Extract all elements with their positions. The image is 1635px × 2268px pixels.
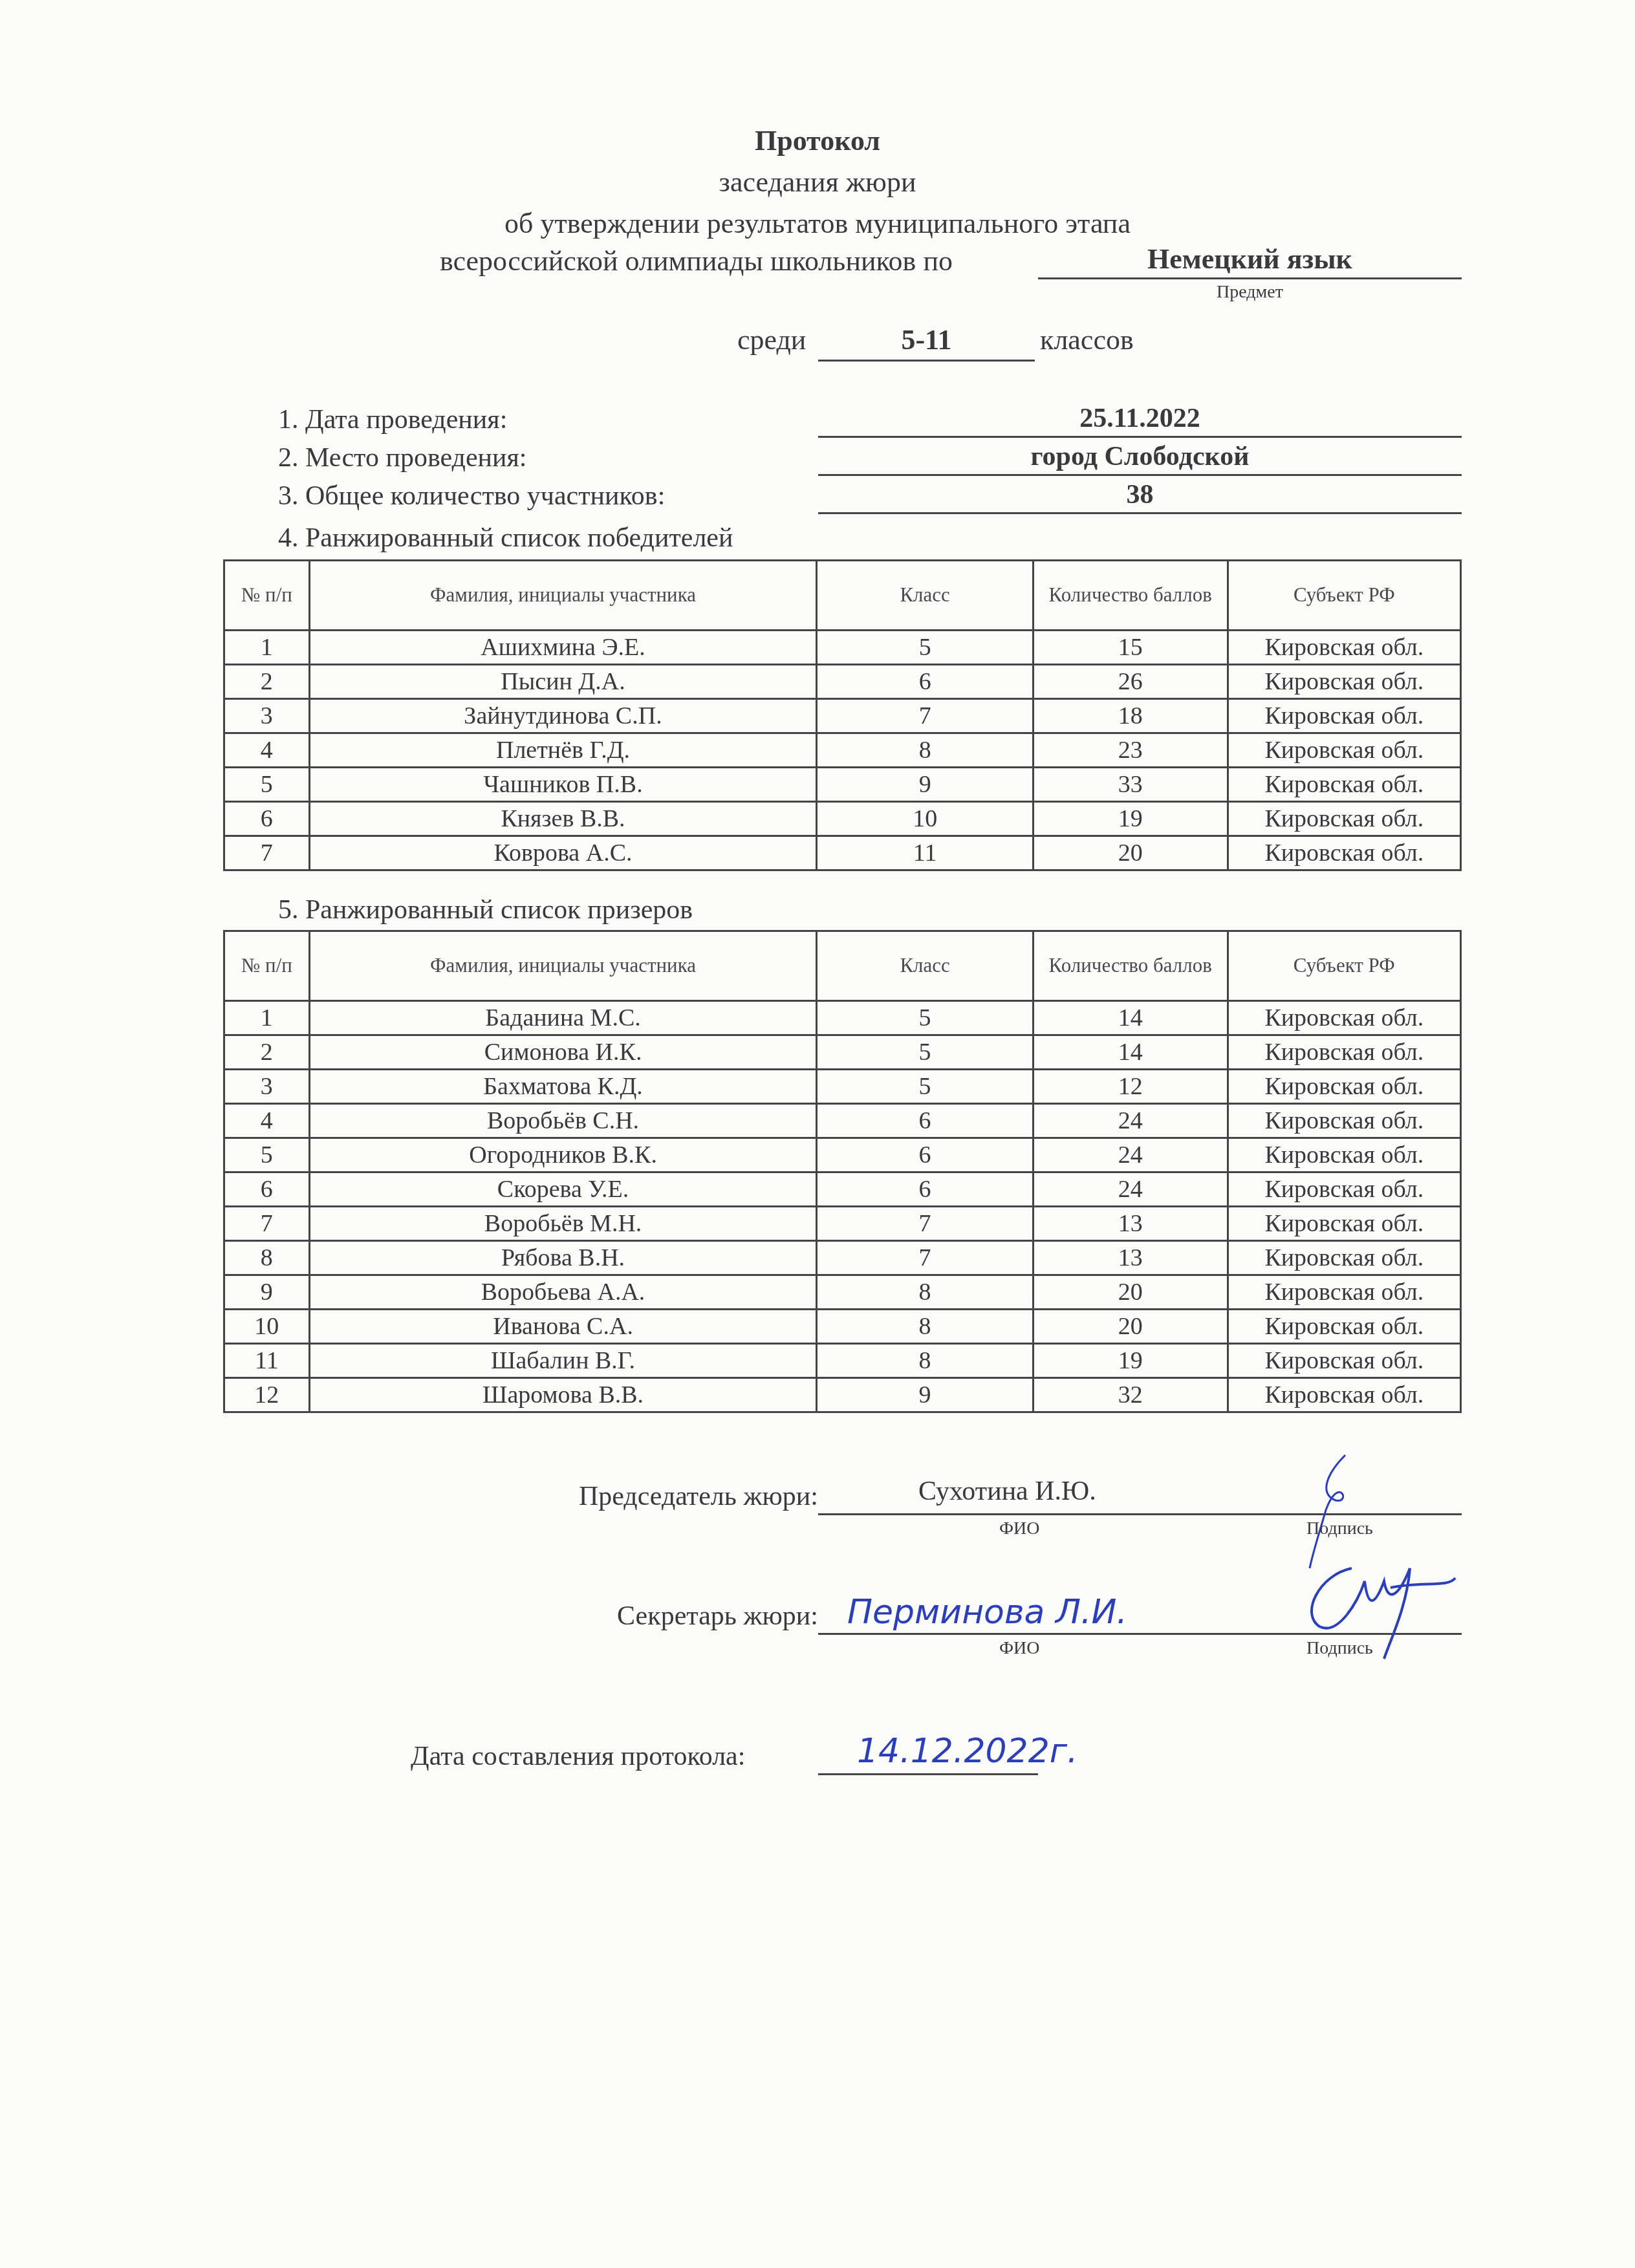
winners-heading: 4. Ранжированный список победителей bbox=[278, 523, 733, 554]
cell-name: Чашников П.В. bbox=[309, 768, 817, 802]
cell-score: 26 bbox=[1033, 665, 1228, 699]
cell-name: Огородников В.К. bbox=[309, 1138, 817, 1172]
cell-region: Кировская обл. bbox=[1228, 768, 1460, 802]
cell-grade: 8 bbox=[817, 1344, 1033, 1378]
subject-field: Немецкий язык Предмет bbox=[1038, 241, 1462, 280]
cell-region: Кировская обл. bbox=[1228, 665, 1460, 699]
cell-number: 10 bbox=[224, 1310, 310, 1344]
cell-grade: 11 bbox=[817, 836, 1033, 870]
table-row: 7Коврова А.С.1120Кировская обл. bbox=[224, 836, 1461, 870]
cell-grade: 6 bbox=[817, 665, 1033, 699]
subject-value: Немецкий язык bbox=[1038, 241, 1462, 279]
secretary-label: Секретарь жюри: bbox=[404, 1601, 818, 1632]
cell-number: 4 bbox=[224, 733, 310, 768]
cell-name: Шаромова В.В. bbox=[309, 1378, 817, 1412]
cell-score: 15 bbox=[1033, 631, 1228, 665]
table-row: 6Князев В.В.1019Кировская обл. bbox=[224, 802, 1461, 836]
grades-prefix: среди bbox=[737, 323, 806, 356]
table-row: 6Скорева У.Е.624Кировская обл. bbox=[224, 1172, 1461, 1207]
cell-name: Зайнутдинова С.П. bbox=[309, 699, 817, 733]
col-grade: Класс bbox=[817, 561, 1033, 631]
table-header-row: № п/п Фамилия, инициалы участника Класс … bbox=[224, 931, 1461, 1001]
protocol-date-label: Дата составления протокола: bbox=[411, 1741, 745, 1772]
cell-score: 14 bbox=[1033, 1001, 1228, 1035]
field-label-place: 2. Место проведения: bbox=[278, 442, 527, 473]
cell-name: Баданина М.С. bbox=[309, 1001, 817, 1035]
chair-line: Сухотина И.Ю. bbox=[818, 1474, 1462, 1515]
cell-name: Рябова В.Н. bbox=[309, 1241, 817, 1275]
cell-score: 13 bbox=[1033, 1207, 1228, 1241]
table-row: 4Воробьёв С.Н.624Кировская обл. bbox=[224, 1104, 1461, 1138]
cell-grade: 9 bbox=[817, 768, 1033, 802]
cell-grade: 8 bbox=[817, 1310, 1033, 1344]
cell-score: 24 bbox=[1033, 1104, 1228, 1138]
cell-name: Ашихмина Э.Е. bbox=[309, 631, 817, 665]
table-row: 3Бахматова К.Д.512Кировская обл. bbox=[224, 1070, 1461, 1104]
cell-number: 6 bbox=[224, 1172, 310, 1207]
col-number: № п/п bbox=[224, 561, 310, 631]
cell-name: Воробьева А.А. bbox=[309, 1275, 817, 1310]
cell-score: 20 bbox=[1033, 1275, 1228, 1310]
cell-number: 2 bbox=[224, 1035, 310, 1070]
cell-number: 3 bbox=[224, 1070, 310, 1104]
cell-region: Кировская обл. bbox=[1228, 1035, 1460, 1070]
chair-fio-caption: ФИО bbox=[999, 1518, 1040, 1539]
chair-signature-caption: Подпись bbox=[1306, 1518, 1373, 1539]
table-row: 10Иванова С.А.820Кировская обл. bbox=[224, 1310, 1461, 1344]
cell-region: Кировская обл. bbox=[1228, 1172, 1460, 1207]
table-row: 1Ашихмина Э.Е.515Кировская обл. bbox=[224, 631, 1461, 665]
col-name: Фамилия, инициалы участника bbox=[309, 931, 817, 1001]
secretary-fio-caption: ФИО bbox=[999, 1638, 1040, 1659]
cell-number: 8 bbox=[224, 1241, 310, 1275]
cell-score: 20 bbox=[1033, 1310, 1228, 1344]
field-value-date: 25.11.2022 bbox=[818, 401, 1462, 438]
cell-name: Воробьёв М.Н. bbox=[309, 1207, 817, 1241]
cell-number: 7 bbox=[224, 1207, 310, 1241]
cell-grade: 8 bbox=[817, 1275, 1033, 1310]
cell-region: Кировская обл. bbox=[1228, 1344, 1460, 1378]
cell-region: Кировская обл. bbox=[1228, 1070, 1460, 1104]
secretary-signature-caption: Подпись bbox=[1306, 1638, 1373, 1659]
subtitle-line-2: об утверждении результатов муниципальног… bbox=[0, 207, 1635, 240]
cell-number: 4 bbox=[224, 1104, 310, 1138]
protocol-date-value: 14.12.2022г. bbox=[857, 1732, 1078, 1771]
cell-grade: 7 bbox=[817, 699, 1033, 733]
table-row: 12Шаромова В.В.932Кировская обл. bbox=[224, 1378, 1461, 1412]
table-row: 2Симонова И.К.514Кировская обл. bbox=[224, 1035, 1461, 1070]
cell-score: 14 bbox=[1033, 1035, 1228, 1070]
cell-number: 2 bbox=[224, 665, 310, 699]
cell-region: Кировская обл. bbox=[1228, 631, 1460, 665]
cell-grade: 9 bbox=[817, 1378, 1033, 1412]
cell-region: Кировская обл. bbox=[1228, 836, 1460, 870]
cell-region: Кировская обл. bbox=[1228, 1378, 1460, 1412]
cell-score: 20 bbox=[1033, 836, 1228, 870]
cell-grade: 7 bbox=[817, 1241, 1033, 1275]
cell-region: Кировская обл. bbox=[1228, 1310, 1460, 1344]
cell-score: 33 bbox=[1033, 768, 1228, 802]
table-row: 11Шабалин В.Г.819Кировская обл. bbox=[224, 1344, 1461, 1378]
winners-table: № п/п Фамилия, инициалы участника Класс … bbox=[223, 559, 1462, 871]
cell-name: Бахматова К.Д. bbox=[309, 1070, 817, 1104]
cell-region: Кировская обл. bbox=[1228, 699, 1460, 733]
cell-score: 23 bbox=[1033, 733, 1228, 768]
cell-number: 9 bbox=[224, 1275, 310, 1310]
cell-number: 5 bbox=[224, 1138, 310, 1172]
cell-number: 7 bbox=[224, 836, 310, 870]
cell-region: Кировская обл. bbox=[1228, 1001, 1460, 1035]
cell-number: 6 bbox=[224, 802, 310, 836]
cell-score: 12 bbox=[1033, 1070, 1228, 1104]
cell-grade: 8 bbox=[817, 733, 1033, 768]
cell-grade: 5 bbox=[817, 1070, 1033, 1104]
field-label-date: 1. Дата проведения: bbox=[278, 404, 507, 435]
secretary-name: Перминова Л.И. bbox=[847, 1593, 1127, 1632]
cell-name: Иванова С.А. bbox=[309, 1310, 817, 1344]
table-header-row: № п/п Фамилия, инициалы участника Класс … bbox=[224, 561, 1461, 631]
secretary-line: Перминова Л.И. bbox=[818, 1594, 1462, 1635]
cell-region: Кировская обл. bbox=[1228, 1275, 1460, 1310]
cell-name: Воробьёв С.Н. bbox=[309, 1104, 817, 1138]
cell-number: 11 bbox=[224, 1344, 310, 1378]
cell-number: 3 bbox=[224, 699, 310, 733]
prizewinners-table: № п/п Фамилия, инициалы участника Класс … bbox=[223, 930, 1462, 1413]
cell-region: Кировская обл. bbox=[1228, 733, 1460, 768]
cell-grade: 6 bbox=[817, 1104, 1033, 1138]
cell-name: Скорева У.Е. bbox=[309, 1172, 817, 1207]
chair-label: Председатель жюри: bbox=[404, 1481, 818, 1512]
table-row: 3Зайнутдинова С.П.718Кировская обл. bbox=[224, 699, 1461, 733]
col-name: Фамилия, инициалы участника bbox=[309, 561, 817, 631]
cell-region: Кировская обл. bbox=[1228, 1138, 1460, 1172]
cell-name: Шабалин В.Г. bbox=[309, 1344, 817, 1378]
protocol-date-field: 14.12.2022г. bbox=[818, 1736, 1038, 1775]
cell-grade: 6 bbox=[817, 1138, 1033, 1172]
col-number: № п/п bbox=[224, 931, 310, 1001]
grades-suffix: классов bbox=[1040, 323, 1134, 356]
table-row: 5Чашников П.В.933Кировская обл. bbox=[224, 768, 1461, 802]
table-row: 9Воробьева А.А.820Кировская обл. bbox=[224, 1275, 1461, 1310]
cell-score: 18 bbox=[1033, 699, 1228, 733]
cell-name: Плетнёв Г.Д. bbox=[309, 733, 817, 768]
cell-grade: 5 bbox=[817, 1035, 1033, 1070]
col-score: Количество баллов bbox=[1033, 931, 1228, 1001]
cell-number: 5 bbox=[224, 768, 310, 802]
cell-name: Симонова И.К. bbox=[309, 1035, 817, 1070]
field-value-participants: 38 bbox=[818, 477, 1462, 514]
table-row: 5Огородников В.К.624Кировская обл. bbox=[224, 1138, 1461, 1172]
subtitle-line-3: всероссийской олимпиады школьников по bbox=[440, 244, 1038, 277]
prizewinners-heading: 5. Ранжированный список призеров bbox=[278, 894, 693, 925]
cell-number: 1 bbox=[224, 631, 310, 665]
cell-grade: 5 bbox=[817, 631, 1033, 665]
subject-caption: Предмет bbox=[1038, 282, 1462, 303]
col-region: Субъект РФ bbox=[1228, 931, 1460, 1001]
field-value-place: город Слободской bbox=[818, 439, 1462, 476]
cell-grade: 7 bbox=[817, 1207, 1033, 1241]
cell-score: 24 bbox=[1033, 1172, 1228, 1207]
table-row: 1Баданина М.С.514Кировская обл. bbox=[224, 1001, 1461, 1035]
col-score: Количество баллов bbox=[1033, 561, 1228, 631]
grades-value: 5-11 bbox=[818, 323, 1035, 362]
table-row: 4Плетнёв Г.Д.823Кировская обл. bbox=[224, 733, 1461, 768]
cell-region: Кировская обл. bbox=[1228, 1207, 1460, 1241]
col-grade: Класс bbox=[817, 931, 1033, 1001]
cell-grade: 6 bbox=[817, 1172, 1033, 1207]
cell-name: Пысин Д.А. bbox=[309, 665, 817, 699]
col-region: Субъект РФ bbox=[1228, 561, 1460, 631]
cell-region: Кировская обл. bbox=[1228, 802, 1460, 836]
cell-score: 24 bbox=[1033, 1138, 1228, 1172]
cell-score: 13 bbox=[1033, 1241, 1228, 1275]
cell-region: Кировская обл. bbox=[1228, 1104, 1460, 1138]
table-row: 2Пысин Д.А.626Кировская обл. bbox=[224, 665, 1461, 699]
field-label-participants: 3. Общее количество участников: bbox=[278, 481, 665, 512]
cell-grade: 10 bbox=[817, 802, 1033, 836]
cell-score: 19 bbox=[1033, 1344, 1228, 1378]
cell-number: 12 bbox=[224, 1378, 310, 1412]
cell-score: 32 bbox=[1033, 1378, 1228, 1412]
table-row: 7Воробьёв М.Н.713Кировская обл. bbox=[224, 1207, 1461, 1241]
cell-name: Коврова А.С. bbox=[309, 836, 817, 870]
table-row: 8Рябова В.Н.713Кировская обл. bbox=[224, 1241, 1461, 1275]
subtitle-line-1: заседания жюри bbox=[0, 166, 1635, 199]
cell-region: Кировская обл. bbox=[1228, 1241, 1460, 1275]
cell-name: Князев В.В. bbox=[309, 802, 817, 836]
chair-name: Сухотина И.Ю. bbox=[918, 1476, 1096, 1507]
cell-number: 1 bbox=[224, 1001, 310, 1035]
cell-score: 19 bbox=[1033, 802, 1228, 836]
cell-grade: 5 bbox=[817, 1001, 1033, 1035]
document-title: Протокол bbox=[0, 124, 1635, 157]
